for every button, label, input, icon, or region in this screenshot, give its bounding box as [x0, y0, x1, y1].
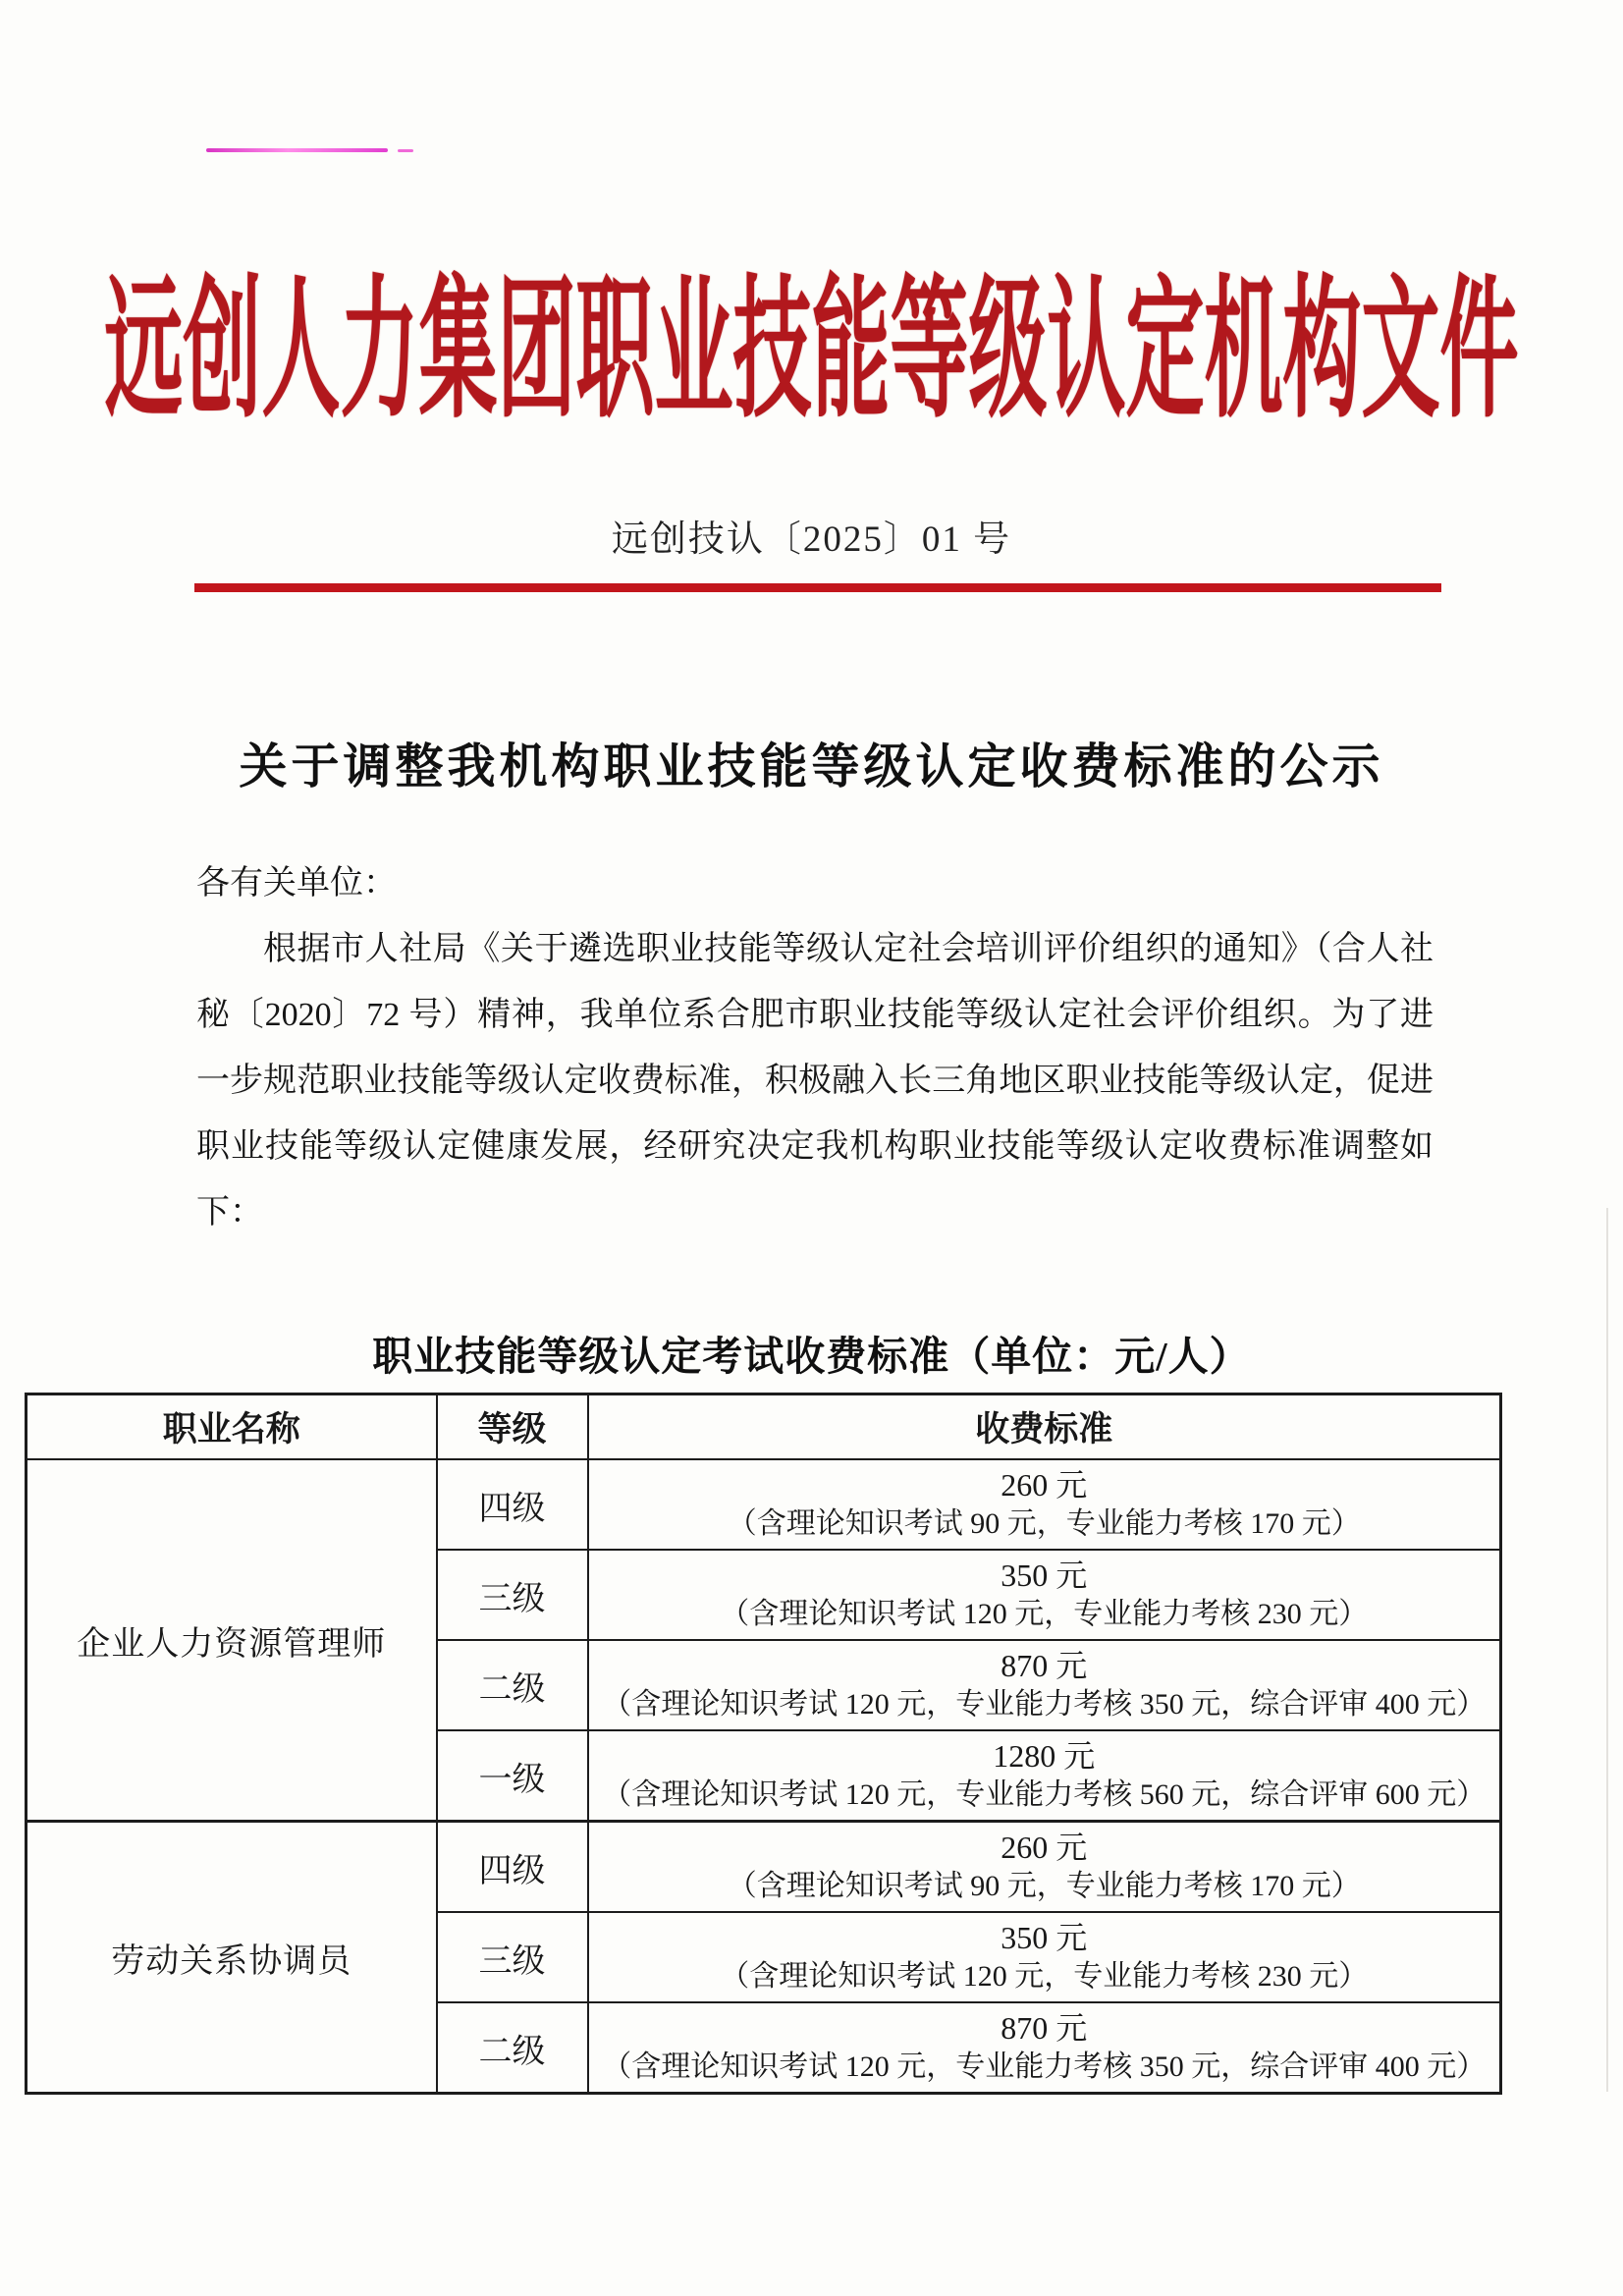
closing-line: 下： [196, 1179, 1434, 1245]
profession-cell: 劳动关系协调员 [27, 1822, 437, 2094]
table-row: 企业人力资源管理师 四级 260 元 （含理论知识考试 90 元，专业能力考核 … [27, 1459, 1501, 1550]
fee-cell: 870 元 （含理论知识考试 120 元，专业能力考核 350 元，综合评审 4… [588, 2002, 1501, 2094]
fee-table-title: 职业技能等级认定考试收费标准（单位：元/人） [0, 1324, 1623, 1382]
paragraph-line: 根据市人社局《关于遴选职业技能等级认定社会培训评价组织的通知》（合人社 [196, 916, 1434, 982]
level-cell: 一级 [437, 1730, 588, 1822]
salutation: 各有关单位： [196, 850, 1434, 916]
fee-table: 职业名称 等级 收费标准 企业人力资源管理师 四级 260 元 （含理论知识考试… [25, 1393, 1502, 2095]
fee-price: 260 元 [595, 1466, 1494, 1503]
scan-highlighter-artifact-dash [398, 149, 413, 152]
red-separator-line [194, 583, 1441, 592]
table-header-row: 职业名称 等级 收费标准 [27, 1394, 1501, 1460]
fee-detail: （含理论知识考试 120 元，专业能力考核 230 元） [595, 1958, 1494, 1995]
fee-cell: 870 元 （含理论知识考试 120 元，专业能力考核 350 元，综合评审 4… [588, 1640, 1501, 1730]
fee-detail: （含理论知识考试 120 元，专业能力考核 230 元） [595, 1596, 1494, 1633]
paragraph-line: 职业技能等级认定健康发展，经研究决定我机构职业技能等级认定收费标准调整如 [196, 1114, 1434, 1179]
fee-detail: （含理论知识考试 120 元，专业能力考核 350 元，综合评审 400 元） [595, 1686, 1494, 1723]
profession-cell: 企业人力资源管理师 [27, 1459, 437, 1822]
doc-number: 远创技认〔2025〕01 号 [0, 509, 1623, 562]
fee-cell: 260 元 （含理论知识考试 90 元，专业能力考核 170 元） [588, 1459, 1501, 1550]
fee-cell: 350 元 （含理论知识考试 120 元，专业能力考核 230 元） [588, 1912, 1501, 2002]
fee-price: 870 元 [595, 1647, 1494, 1684]
paragraph-line: 一步规范职业技能等级认定收费标准，积极融入长三角地区职业技能等级认定，促进 [196, 1048, 1434, 1114]
paragraph-line: 秘〔2020〕72 号）精神，我单位系合肥市职业技能等级认定社会评价组织。为了进 [196, 982, 1434, 1048]
col-header-level: 等级 [437, 1394, 588, 1460]
fee-detail: （含理论知识考试 90 元，专业能力考核 170 元） [595, 1505, 1494, 1543]
fee-price: 350 元 [595, 1557, 1494, 1594]
col-header-profession: 职业名称 [27, 1394, 437, 1460]
org-title-banner: 远创人力集团职业技能等级认定机构文件 [0, 247, 1623, 424]
level-cell: 三级 [437, 1550, 588, 1640]
org-title-text: 远创人力集团职业技能等级认定机构文件 [105, 226, 1519, 446]
level-cell: 三级 [437, 1912, 588, 2002]
table-row: 劳动关系协调员 四级 260 元 （含理论知识考试 90 元，专业能力考核 17… [27, 1822, 1501, 1913]
fee-price: 260 元 [595, 1829, 1494, 1866]
doc-heading: 关于调整我机构职业技能等级认定收费标准的公示 [0, 729, 1623, 797]
fee-detail: （含理论知识考试 120 元，专业能力考核 350 元，综合评审 400 元） [595, 2049, 1494, 2086]
scanned-document-page: 远创人力集团职业技能等级认定机构文件 远创技认〔2025〕01 号 关于调整我机… [0, 0, 1623, 2296]
col-header-fee: 收费标准 [588, 1394, 1501, 1460]
fee-detail: （含理论知识考试 120 元，专业能力考核 560 元，综合评审 600 元） [595, 1777, 1494, 1814]
body-paragraph: 各有关单位： 根据市人社局《关于遴选职业技能等级认定社会培训评价组织的通知》（合… [196, 850, 1434, 1245]
fee-price: 350 元 [595, 1919, 1494, 1956]
fee-cell: 1280 元 （含理论知识考试 120 元，专业能力考核 560 元，综合评审 … [588, 1730, 1501, 1822]
fee-cell: 350 元 （含理论知识考试 120 元，专业能力考核 230 元） [588, 1550, 1501, 1640]
scan-highlighter-artifact [206, 148, 388, 152]
level-cell: 四级 [437, 1459, 588, 1550]
fee-price: 870 元 [595, 2009, 1494, 2047]
level-cell: 四级 [437, 1822, 588, 1913]
fee-detail: （含理论知识考试 90 元，专业能力考核 170 元） [595, 1868, 1494, 1905]
level-cell: 二级 [437, 2002, 588, 2094]
fee-cell: 260 元 （含理论知识考试 90 元，专业能力考核 170 元） [588, 1822, 1501, 1913]
fee-price: 1280 元 [595, 1737, 1494, 1775]
level-cell: 二级 [437, 1640, 588, 1730]
